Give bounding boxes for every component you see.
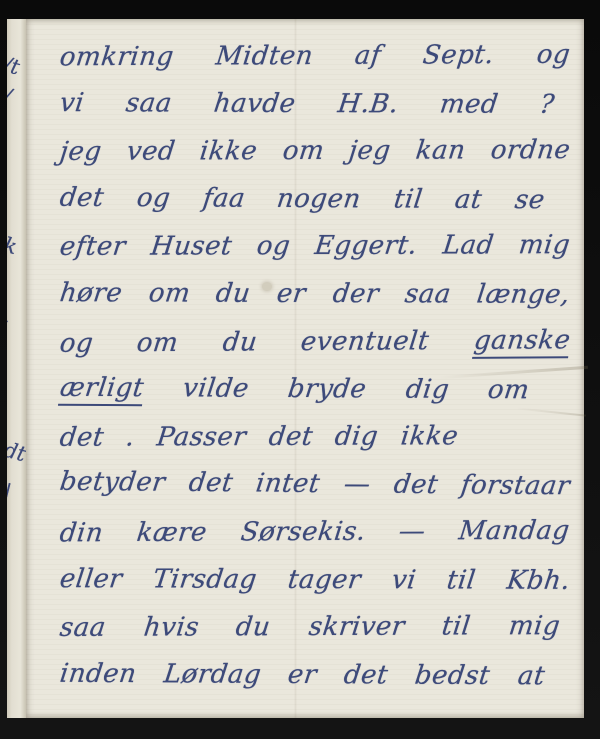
handwritten-word: betyder xyxy=(58,467,167,498)
scanner-background: { "scan": { "background_color": "#101010… xyxy=(0,0,600,739)
handwritten-word: . xyxy=(124,422,136,452)
handwritten-word: at xyxy=(453,185,484,215)
handwritten-word: vilde xyxy=(181,374,251,404)
handwritten-word: til xyxy=(440,612,472,642)
handwritten-word: — xyxy=(397,516,427,546)
letter-line: det.Passerdetdigikke xyxy=(60,421,458,470)
handwritten-word: inden xyxy=(58,658,138,688)
handwritten-word: om xyxy=(281,136,326,166)
handwritten-word: ? xyxy=(538,89,556,119)
handwritten-word: er xyxy=(275,279,308,309)
letter-line: efterHusetogEggert.Ladmig xyxy=(60,230,570,279)
handwritten-word: bedst xyxy=(413,660,492,690)
handwritten-word: skriver xyxy=(307,612,406,642)
handwritten-word: Sørsekis. xyxy=(239,517,367,548)
letter-body: omkringMidtenafSept.ogvisaahavdeH.B.med?… xyxy=(60,41,570,712)
margin-ink-mark: /t xyxy=(7,52,22,79)
handwritten-word: Eggert. xyxy=(314,231,420,261)
handwritten-word: — xyxy=(342,470,372,500)
handwritten-word: det xyxy=(187,468,235,498)
handwritten-word: eventuelt xyxy=(300,326,432,357)
letter-line: jegvedikkeomjegkanordne xyxy=(60,135,570,184)
letter-line: detogfaanogentilatse xyxy=(60,183,545,233)
handwritten-word: forstaar xyxy=(459,471,572,502)
handwritten-word: du xyxy=(215,279,253,309)
handwritten-word: Sept. xyxy=(422,40,497,70)
handwritten-word: tager xyxy=(286,564,363,594)
handwritten-word: saa xyxy=(58,613,107,643)
handwritten-word: ordne xyxy=(489,135,572,165)
margin-ink-mark: k xyxy=(7,233,19,259)
handwritten-word: ved xyxy=(125,137,177,167)
handwritten-word: om xyxy=(147,278,192,308)
handwritten-word: og xyxy=(58,328,95,358)
handwritten-word: Mandag xyxy=(457,516,571,547)
handwritten-word: længe, xyxy=(475,280,572,310)
handwritten-word: hvis xyxy=(142,613,201,643)
handwritten-word: kan xyxy=(414,136,467,166)
handwritten-word: og xyxy=(255,231,292,261)
handwritten-word: intet xyxy=(254,469,322,500)
handwritten-word: vi xyxy=(390,565,418,595)
handwritten-word: og xyxy=(135,183,172,213)
handwritten-word: Lad xyxy=(441,231,496,261)
handwritten-word: din xyxy=(58,518,105,548)
handwritten-word: det xyxy=(58,183,106,213)
letter-line: betyderdetintet—detforstaar xyxy=(60,467,570,519)
handwritten-word: ærligt xyxy=(58,373,146,406)
handwritten-word: dig xyxy=(404,375,451,405)
letter-line: omkringMidtenafSept.og xyxy=(60,40,570,90)
handwritten-word: kære xyxy=(135,517,209,547)
handwritten-word: havde xyxy=(212,88,297,118)
handwritten-word: H.B. xyxy=(336,89,400,119)
handwritten-word: der xyxy=(331,279,381,309)
handwritten-word: og xyxy=(535,40,572,70)
handwritten-word: nogen xyxy=(276,184,364,214)
handwritten-word: mig xyxy=(507,611,562,641)
page-fold-edge: /t/k,dt| xyxy=(7,19,26,718)
letter-line: indenLørdagerdetbedstat xyxy=(60,658,545,708)
handwritten-word: Huset xyxy=(149,232,234,262)
handwritten-word: om xyxy=(136,328,181,358)
handwritten-word: til xyxy=(392,184,424,214)
handwritten-word: Kbh. xyxy=(505,565,572,595)
letter-scan: /t/k,dt| omkringMidtenafSept.ogvisaahavd… xyxy=(0,0,600,739)
margin-ink-mark: / xyxy=(7,84,14,109)
handwritten-word: at xyxy=(516,661,547,691)
handwritten-word: det xyxy=(342,660,390,690)
handwritten-word: du xyxy=(235,612,273,642)
handwritten-word: Lørdag xyxy=(162,659,263,689)
margin-ink-mark: dt xyxy=(7,438,26,467)
handwritten-word: ikke xyxy=(399,421,460,451)
handwritten-word: af xyxy=(353,41,383,71)
margin-ink-mark: , xyxy=(7,304,13,329)
handwritten-word: vi xyxy=(58,88,86,118)
handwritten-word: omkring xyxy=(58,42,175,73)
handwritten-word: om xyxy=(486,375,531,405)
letter-line: høreomduerdersaalænge, xyxy=(60,278,570,327)
letter-line: visaahavdeH.B.med? xyxy=(60,88,555,137)
handwritten-word: ikke xyxy=(198,136,259,166)
handwritten-word: høre xyxy=(58,278,124,308)
handwritten-word: faa xyxy=(201,183,247,213)
letter-line: ærligtvildebrydedigom xyxy=(60,373,529,423)
handwritten-word: er xyxy=(286,660,319,690)
handwritten-word: saa xyxy=(124,88,174,118)
handwritten-word: bryde xyxy=(286,374,368,404)
handwritten-word: det xyxy=(392,470,440,500)
letter-page: omkringMidtenafSept.ogvisaahavdeH.B.med?… xyxy=(26,19,584,718)
handwritten-word: jeg xyxy=(58,137,103,167)
letter-line: dinkæreSørsekis.—Mandag xyxy=(60,516,570,566)
handwritten-word: det xyxy=(267,422,315,452)
letter-line: ogomdueventueltganske xyxy=(60,325,570,376)
handwritten-word: mig xyxy=(517,230,572,260)
handwritten-word: ganske xyxy=(472,325,572,359)
handwritten-word: det xyxy=(58,422,106,452)
handwritten-word: Passer xyxy=(155,422,248,452)
handwritten-word: dig xyxy=(333,421,380,451)
handwritten-word: efter xyxy=(58,232,127,262)
letter-line: saahvisduskrivertilmig xyxy=(60,611,560,660)
handwritten-word: til xyxy=(445,565,477,595)
letter-line: ellerTirsdagtagervitilKbh. xyxy=(60,564,570,613)
handwritten-word: jeg xyxy=(347,136,392,166)
handwritten-word: Tirsdag xyxy=(152,564,260,594)
handwritten-word: se xyxy=(513,185,547,215)
margin-ink-mark: | xyxy=(7,480,14,505)
handwritten-word: Midten xyxy=(214,41,315,72)
handwritten-word: du xyxy=(221,327,259,357)
handwritten-word: eller xyxy=(58,564,124,594)
handwritten-word: saa xyxy=(403,279,453,309)
handwritten-word: med xyxy=(438,89,500,119)
